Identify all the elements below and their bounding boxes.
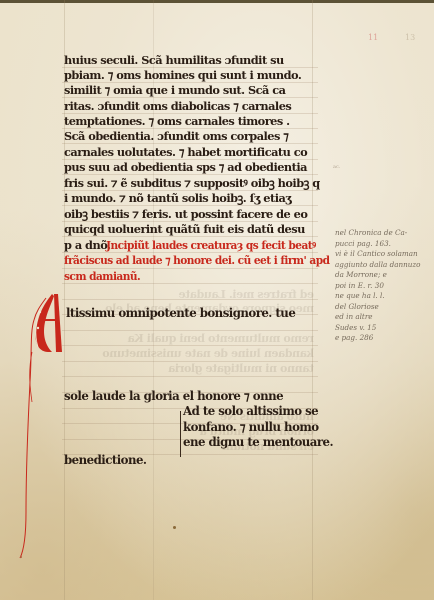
margin-mark: ac. — [333, 164, 340, 170]
text-line-inset: konfano. ⁊ nullu homo — [183, 420, 319, 434]
text-line: temptationes. ⁊ oms carnales timores . — [64, 114, 290, 128]
annotation-line: ed in altre — [335, 312, 430, 323]
text-line: carnales uolutates. ⁊ habet mortificatu … — [64, 145, 307, 159]
text-line: quicqd uoluerint quãtũ fuit eis datũ des… — [64, 222, 305, 236]
annotation-line: vi è il Cantico solaman — [335, 249, 430, 260]
text-line: ritas. ɔfundit oms diabolicas ⁊ carnales — [64, 99, 291, 113]
decorated-initial-a — [18, 292, 68, 562]
text-line: pbiam. ⁊ oms homines qui sunt i mundo. — [64, 68, 301, 82]
annotation-line: pucci pag. 163. — [335, 239, 430, 250]
page-top-edge — [0, 0, 434, 3]
text-line: i mundo. ⁊ nõ tantũ solis hoibꝫ. ſʒ etia… — [64, 191, 291, 205]
rubric-line: Jncipiũt laudes creaturaȝ qs fecit beatꝰ — [106, 239, 316, 253]
ink-spot — [20, 556, 22, 558]
text-line: p a dnõ. — [64, 238, 110, 252]
annotation-line: nel Chronica de Ca- — [335, 228, 430, 239]
text-line: ltissimu omnipotente bonsignore. tue — [66, 306, 295, 320]
text-line: pus suu ad obedientia sps ⁊ ad obedienti… — [64, 160, 307, 174]
annotation-line: ne que ha l. l. — [335, 291, 430, 302]
annotation-line: Sudes v. 15 — [335, 323, 430, 334]
text-line: similit ⁊ omia que i mundo sut. Scã ca — [64, 83, 285, 97]
rubric-line: scm damianũ. — [64, 270, 140, 284]
annotation-line: del Gloriose — [335, 302, 430, 313]
text-line: Scã obedientia. ɔfundit oms corpales ⁊ — [64, 129, 288, 143]
annotation-line: aggiunto dalla dannuzo — [335, 260, 430, 271]
text-line: oibꝫ bestiis ⁊ feris. ut possint facere … — [64, 207, 307, 221]
annotation-line: da Morrone; e — [335, 270, 430, 281]
text-line: huius seculi. Scã humilitas ɔfundit su — [64, 53, 284, 67]
folio-number-faint: 13 — [405, 33, 415, 42]
annotation-line: poi in E. r. 30 — [335, 281, 430, 292]
text-line-inset: Ad te solo altissimo se — [183, 404, 318, 418]
rubric-line: frãciscus ad laude ⁊ honore dei. cũ eet … — [64, 254, 329, 268]
text-line: sole laude la gloria el honore ⁊ onne — [64, 389, 283, 403]
annotation-line: e pag. 286 — [335, 333, 430, 344]
text-line-inset: ene dignu te mentouare. — [183, 435, 333, 449]
manuscript-page: ed fratres mei. Laudate meo signore ovda… — [0, 0, 434, 600]
folio-number-red: 11 — [368, 33, 378, 42]
text-line: benedictione. — [64, 453, 146, 467]
marginal-annotation: nel Chronica de Ca- pucci pag. 163. vi è… — [335, 228, 430, 344]
text-line: fris sui. ⁊ ẽ subditus ⁊ suppositꝰ oibꝫ … — [64, 176, 320, 190]
ink-spot — [173, 526, 176, 529]
